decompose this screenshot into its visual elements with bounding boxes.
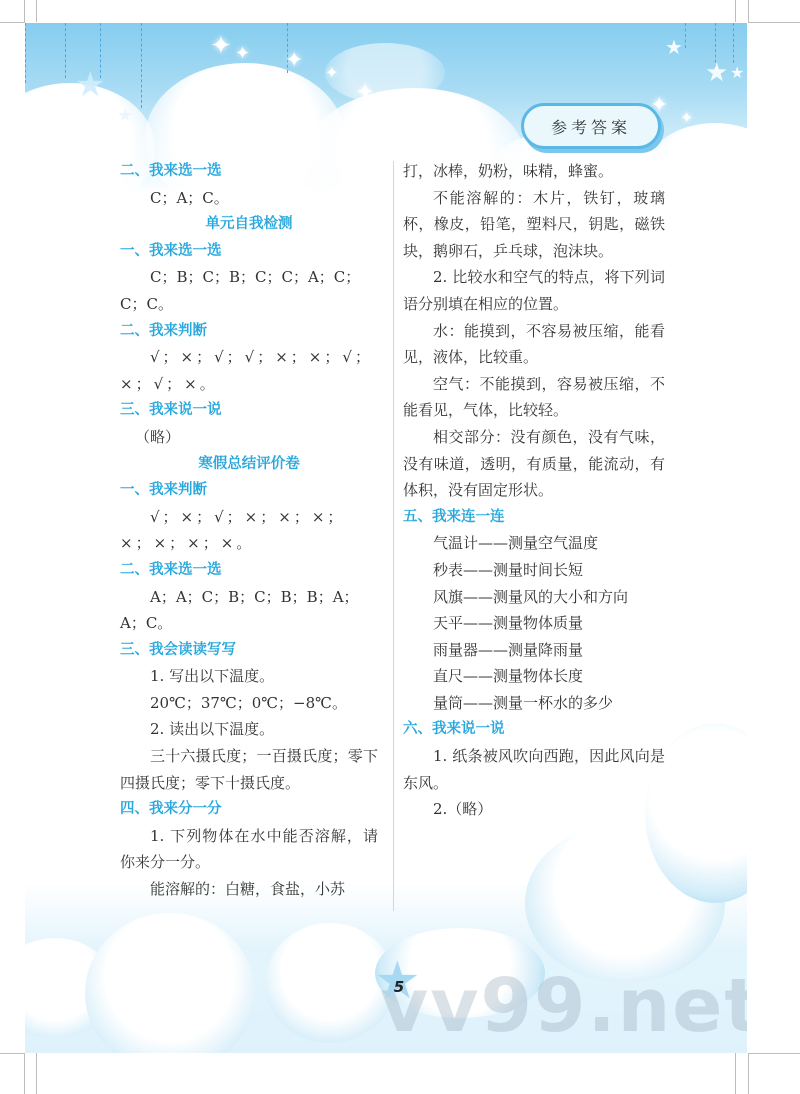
star-icon: ★ [705, 58, 728, 88]
page-number-badge: ★ 5 [377, 963, 421, 1007]
section-heading: 二、我来判断 [120, 318, 378, 345]
cloud-decoration [325, 43, 445, 103]
matching-line: 天平——测量物体质量 [403, 610, 665, 637]
star-icon: ★ [665, 35, 683, 59]
page-number: 5 [394, 978, 404, 996]
section-heading: 一、我来选一选 [120, 238, 378, 265]
answer-text: （略） [120, 424, 378, 451]
answer-text: 能溶解的：白糖，食盐，小苏 [120, 876, 378, 903]
answer-text: 1. 下列物体在水中能否溶解，请你来分一分。 [120, 823, 378, 876]
hanging-string [733, 23, 734, 63]
sparkle-icon: ✦ [235, 43, 250, 64]
sparkle-icon: ✦ [325, 63, 338, 82]
answer-text: 2. 比较水和空气的特点，将下列词语分别填在相应的位置。 [403, 264, 665, 317]
crop-mark [24, 0, 25, 23]
crop-mark [36, 0, 37, 22]
answer-text: √；×；√；√；×；×；√；×；√；×。 [120, 344, 378, 397]
sparkle-icon: ✦ [680, 108, 693, 127]
section-heading: 三、我会读读写写 [120, 637, 378, 664]
sparkle-icon: ✦ [210, 31, 232, 61]
hanging-string [65, 23, 66, 78]
answer-text: 2. 读出以下温度。 [120, 716, 378, 743]
matching-line: 量筒——测量一杯水的多少 [403, 690, 665, 717]
column-divider [393, 161, 394, 911]
crop-mark [0, 22, 24, 23]
matching-line: 直尺——测量物体长度 [403, 663, 665, 690]
answer-text: 20℃；37℃；0℃；−8℃。 [120, 690, 378, 717]
section-heading: 三、我来说一说 [120, 397, 378, 424]
unit-title: 单元自我检测 [120, 211, 378, 238]
crop-mark [735, 1052, 736, 1094]
star-icon: ★ [730, 63, 744, 82]
crop-mark [735, 0, 736, 22]
matching-line: 秒表——测量时间长短 [403, 557, 665, 584]
section-heading: 六、我来说一说 [403, 716, 665, 743]
answer-text: 相交部分：没有颜色，没有气味，没有味道，透明，有质量，能流动，有体积，没有固定形… [403, 424, 665, 504]
section-heading: 二、我来选一选 [120, 158, 378, 185]
answer-text: C；A；C。 [120, 185, 378, 212]
section-heading: 一、我来判断 [120, 477, 378, 504]
answer-text: 1. 纸条被风吹向西跑，因此风向是东风。 [403, 743, 665, 796]
section-heading: 五、我来连一连 [403, 504, 665, 531]
matching-line: 雨量器——测量降雨量 [403, 637, 665, 664]
crop-mark [24, 1053, 25, 1094]
answer-text: √；×；√；×；×；×；×；×；×；×。 [120, 504, 378, 557]
crop-mark [36, 1052, 37, 1094]
section-heading: 二、我来选一选 [120, 557, 378, 584]
left-column: 二、我来选一选 C；A；C。 单元自我检测 一、我来选一选 C；B；C；B；C；… [120, 158, 378, 903]
matching-line: 气温计——测量空气温度 [403, 530, 665, 557]
answer-text: C；B；C；B；C；C；A；C；C；C。 [120, 264, 378, 317]
answer-page: ★ ★ ★ ★ ★ ✦ ✦ ✦ ✦ ✦ ✦ ✦ 参考答案 vv99.net ★ … [25, 23, 747, 1053]
sparkle-icon: ✦ [355, 78, 375, 106]
crop-mark [749, 22, 800, 23]
answer-text: 1. 写出以下温度。 [120, 663, 378, 690]
answer-text: 打，冰棒，奶粉，味精，蜂蜜。 [403, 158, 665, 185]
hanging-string [141, 23, 142, 108]
crop-mark [0, 1053, 24, 1054]
answer-text: 2.（略） [403, 796, 665, 823]
star-icon: ★ [117, 105, 133, 126]
answer-text: A；A；C；B；C；B；B；A；A；C。 [120, 584, 378, 637]
matching-line: 风旗——测量风的大小和方向 [403, 584, 665, 611]
reference-answers-badge: 参考答案 [521, 103, 661, 149]
star-icon: ★ [75, 65, 105, 105]
sparkle-icon: ✦ [285, 48, 303, 73]
answer-text: 不能溶解的：木片，铁钉，玻璃杯，橡皮，铅笔，塑料尺，钥匙，磁铁块，鹅卵石，乒乓球… [403, 185, 665, 265]
section-heading: 四、我来分一分 [120, 796, 378, 823]
hanging-string [685, 23, 686, 48]
answer-text: 三十六摄氏度；一百摄氏度；零下四摄氏度；零下十摄氏度。 [120, 743, 378, 796]
crop-mark [749, 1053, 800, 1054]
answer-text: 水：能摸到，不容易被压缩，能看见，液体，比较重。 [403, 318, 665, 371]
answer-text: 空气：不能摸到，容易被压缩，不能看见，气体，比较轻。 [403, 371, 665, 424]
hanging-string [25, 23, 26, 83]
right-column: 打，冰棒，奶粉，味精，蜂蜜。 不能溶解的：木片，铁钉，玻璃杯，橡皮，铅笔，塑料尺… [403, 158, 665, 823]
crop-mark [748, 1053, 749, 1094]
crop-mark [748, 0, 749, 23]
watermark: vv99.net [380, 963, 747, 1049]
unit-title: 寒假总结评价卷 [120, 451, 378, 478]
